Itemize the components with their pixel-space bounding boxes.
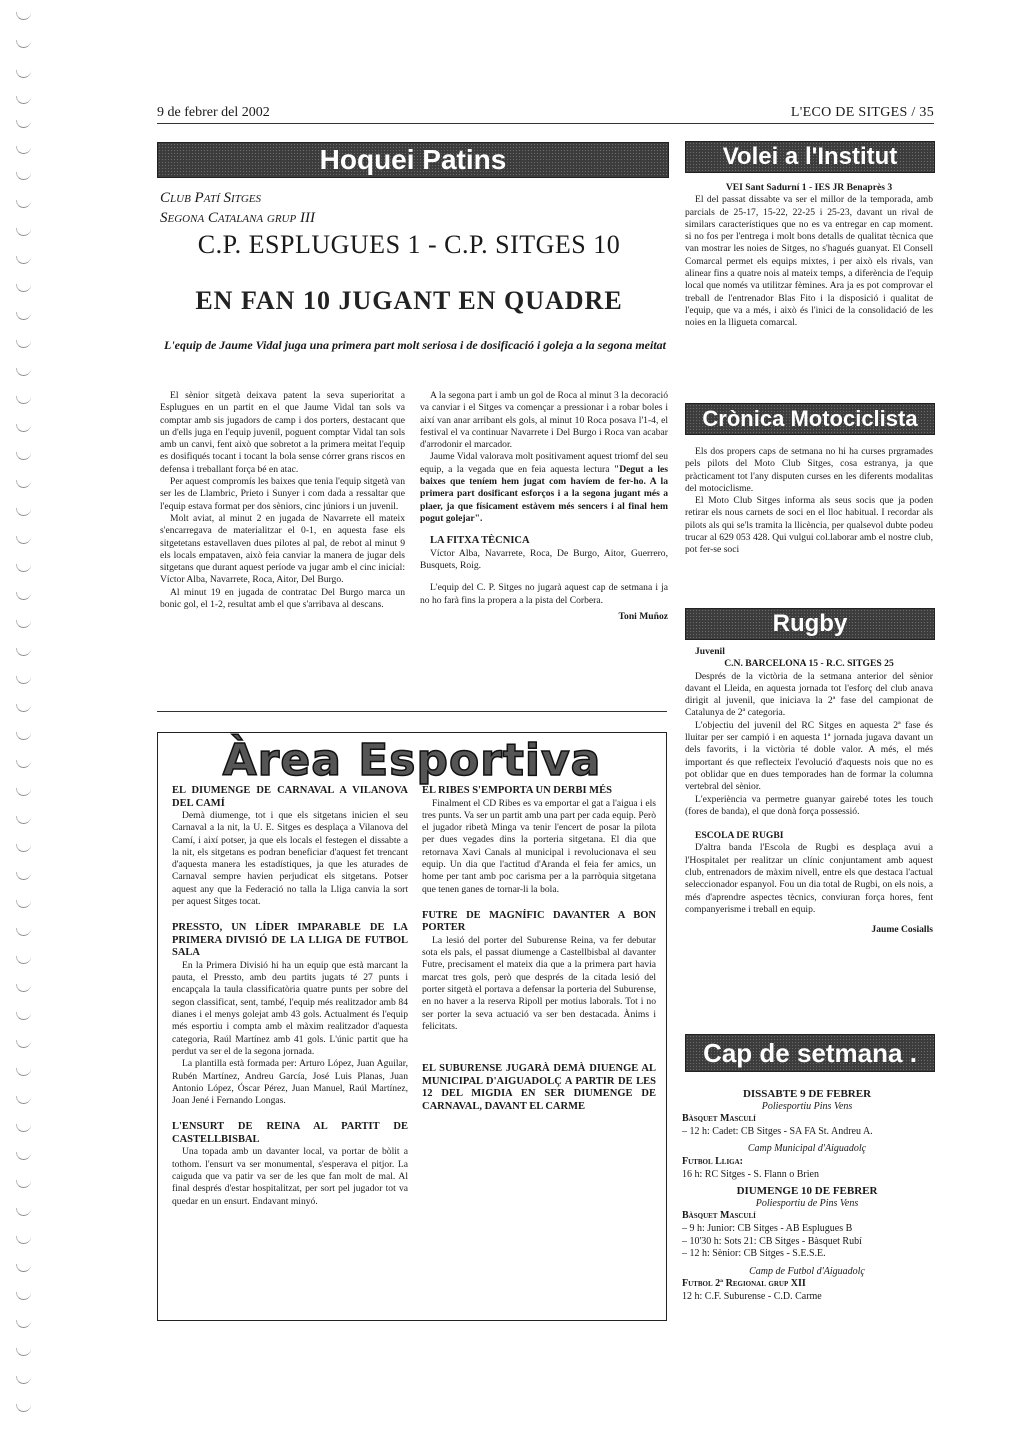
paragraph: Demà diumenge, tot i que els sitgetans i… xyxy=(172,810,408,908)
venue: Camp de Futbol d'Aiguadolç xyxy=(682,1266,932,1279)
paragraph: Molt aviat, al minut 2 en jugada de Nava… xyxy=(160,513,405,587)
day-heading: DISSABTE 9 DE FEBRER xyxy=(682,1088,932,1101)
paragraph: Al minut 19 en jugada de contratac Del B… xyxy=(160,587,405,612)
author: Jaume Cosialls xyxy=(685,924,933,936)
sport: Futbol 2ª Regional grup XII xyxy=(682,1278,932,1291)
paragraph: El Moto Club Sitges informa als seus soc… xyxy=(685,495,933,556)
area-column-2: EL RIBES S'EMPORTA UN DERBI MÉS Finalmen… xyxy=(422,785,656,1113)
fixture: 16 h: RC Sitges - S. Flann o Brien xyxy=(682,1169,932,1182)
paragraph: D'altra banda l'Escola de Rugbi es despl… xyxy=(685,842,933,916)
moto-banner: Crònica Motociclista xyxy=(685,403,935,435)
section-title: EL SUBURENSE JUGARÀ DEMÀ DIUENGE AL MUNI… xyxy=(422,1063,656,1113)
rugby-score: C.N. BARCELONA 15 - R.C. SITGES 25 xyxy=(685,658,933,670)
sport: Bàsquet Masculí xyxy=(682,1210,932,1223)
fitxa-lineup: Víctor Alba, Navarrete, Roca, De Burgo, … xyxy=(420,548,668,573)
escola-title: ESCOLA DE RUGBI xyxy=(685,830,933,842)
fixture: – 12 h: Sènior: CB Sitges - S.E.S.E. xyxy=(682,1248,932,1261)
section-title: L'ENSURT DE REINA AL PARTIT DE CASTELLBI… xyxy=(172,1121,408,1146)
page-header: 9 de febrer del 2002 L'ECO DE SITGES / 3… xyxy=(157,103,934,124)
subheadline: L'equip de Jaume Vidal juga una primera … xyxy=(150,337,680,353)
author: Toni Muñoz xyxy=(420,611,668,623)
paragraph: Una topada amb un davanter local, va por… xyxy=(172,1146,408,1207)
paragraph: El del passat dissabte va ser el millor … xyxy=(685,194,933,329)
sport: Bàsquet Masculí xyxy=(682,1113,932,1126)
paragraph: L'experiència va permetre guanyar gaireb… xyxy=(685,794,933,819)
paragraph: Finalment el CD Ribes es va emportar el … xyxy=(422,798,656,896)
section-title: FUTRE DE MAGNÍFIC DAVANTER A BON PORTER xyxy=(422,910,656,935)
headline: EN FAN 10 JUGANT EN QUADRE xyxy=(164,286,654,316)
paragraph: La plantilla està formada per: Arturo Ló… xyxy=(172,1058,408,1107)
section-title: EL RIBES S'EMPORTA UN DERBI MÉS xyxy=(422,785,656,798)
day-heading: DIUMENGE 10 DE FEBRER xyxy=(682,1185,932,1198)
volei-banner: Volei a l'Institut xyxy=(685,141,935,173)
hoquei-column-1: El sènior sitgetà deixava patent la seva… xyxy=(160,390,405,611)
paragraph: Els dos propers caps de setmana no hi ha… xyxy=(685,446,933,495)
paragraph: L'equip del C. P. Sitges no jugarà aques… xyxy=(420,582,668,607)
club-name: Club Patí Sitges xyxy=(160,188,315,208)
hoquei-column-2: A la segona part i amb un gol de Roca al… xyxy=(420,390,668,623)
paragraph: Després de la victòria de la setmana ant… xyxy=(685,671,933,720)
section-title: PRESSTO, UN LÍDER IMPARABLE DE LA PRIMER… xyxy=(172,922,408,960)
hoquei-banner: Hoquei Patins xyxy=(157,142,669,178)
weekend-schedule: DISSABTE 9 DE FEBRER Poliesportiu Pins V… xyxy=(682,1084,932,1304)
area-title: Àrea Esportiva xyxy=(158,735,666,786)
fitxa-title: LA FITXA TÈCNICA xyxy=(420,535,668,548)
paragraph: En la Primera Divisió hi ha un equip que… xyxy=(172,960,408,1058)
rugby-article: Juvenil C.N. BARCELONA 15 - R.C. SITGES … xyxy=(685,646,933,937)
binding-holes xyxy=(16,0,36,1449)
paragraph: L'objectiu del juvenil del RC Sitges en … xyxy=(685,720,933,794)
rugby-banner: Rugby xyxy=(685,608,935,640)
rugby-category: Juvenil xyxy=(685,646,933,658)
cap-banner: Cap de setmana . xyxy=(685,1034,935,1072)
sport: Futbol Lliga: xyxy=(682,1156,932,1169)
divider xyxy=(157,711,667,712)
volei-score: VEI Sant Sadurní 1 - IES JR Benaprès 3 xyxy=(685,182,933,194)
paragraph: La lesió del porter del Suburense Reina,… xyxy=(422,935,656,1033)
paragraph: A la segona part i amb un gol de Roca al… xyxy=(420,390,668,451)
league-name: Segona Catalana grup III xyxy=(160,208,315,228)
fixture: – 10'30 h: Sots 21: CB Sitges - Bàsquet … xyxy=(682,1236,932,1249)
section-title: EL DIUMENGE DE CARNAVAL A VILANOVA DEL C… xyxy=(172,785,408,810)
paragraph: Per aquest compromís les baixes que teni… xyxy=(160,476,405,513)
issue-date: 9 de febrer del 2002 xyxy=(157,105,270,121)
fixture: – 9 h: Junior: CB Sitges - AB Esplugues … xyxy=(682,1223,932,1236)
venue: Poliesportiu de Pins Vens xyxy=(682,1198,932,1211)
match-score: C.P. ESPLUGUES 1 - C.P. SITGES 10 xyxy=(164,230,654,260)
area-column-1: EL DIUMENGE DE CARNAVAL A VILANOVA DEL C… xyxy=(172,785,408,1208)
paragraph: El sènior sitgetà deixava patent la seva… xyxy=(160,390,405,476)
venue: Camp Municipal d'Aiguadolç xyxy=(682,1143,932,1156)
moto-article: Els dos propers caps de setmana no hi ha… xyxy=(685,446,933,557)
venue: Poliesportiu Pins Vens xyxy=(682,1101,932,1114)
volei-article: VEI Sant Sadurní 1 - IES JR Benaprès 3 E… xyxy=(685,182,933,330)
fixture: 12 h: C.F. Suburense - C.D. Carme xyxy=(682,1291,932,1304)
publication-page: L'ECO DE SITGES / 35 xyxy=(791,105,934,121)
hoquei-club-info: Club Patí Sitges Segona Catalana grup II… xyxy=(160,188,315,228)
fixture: – 12 h: Cadet: CB Sitges - SA FA St. And… xyxy=(682,1126,932,1139)
